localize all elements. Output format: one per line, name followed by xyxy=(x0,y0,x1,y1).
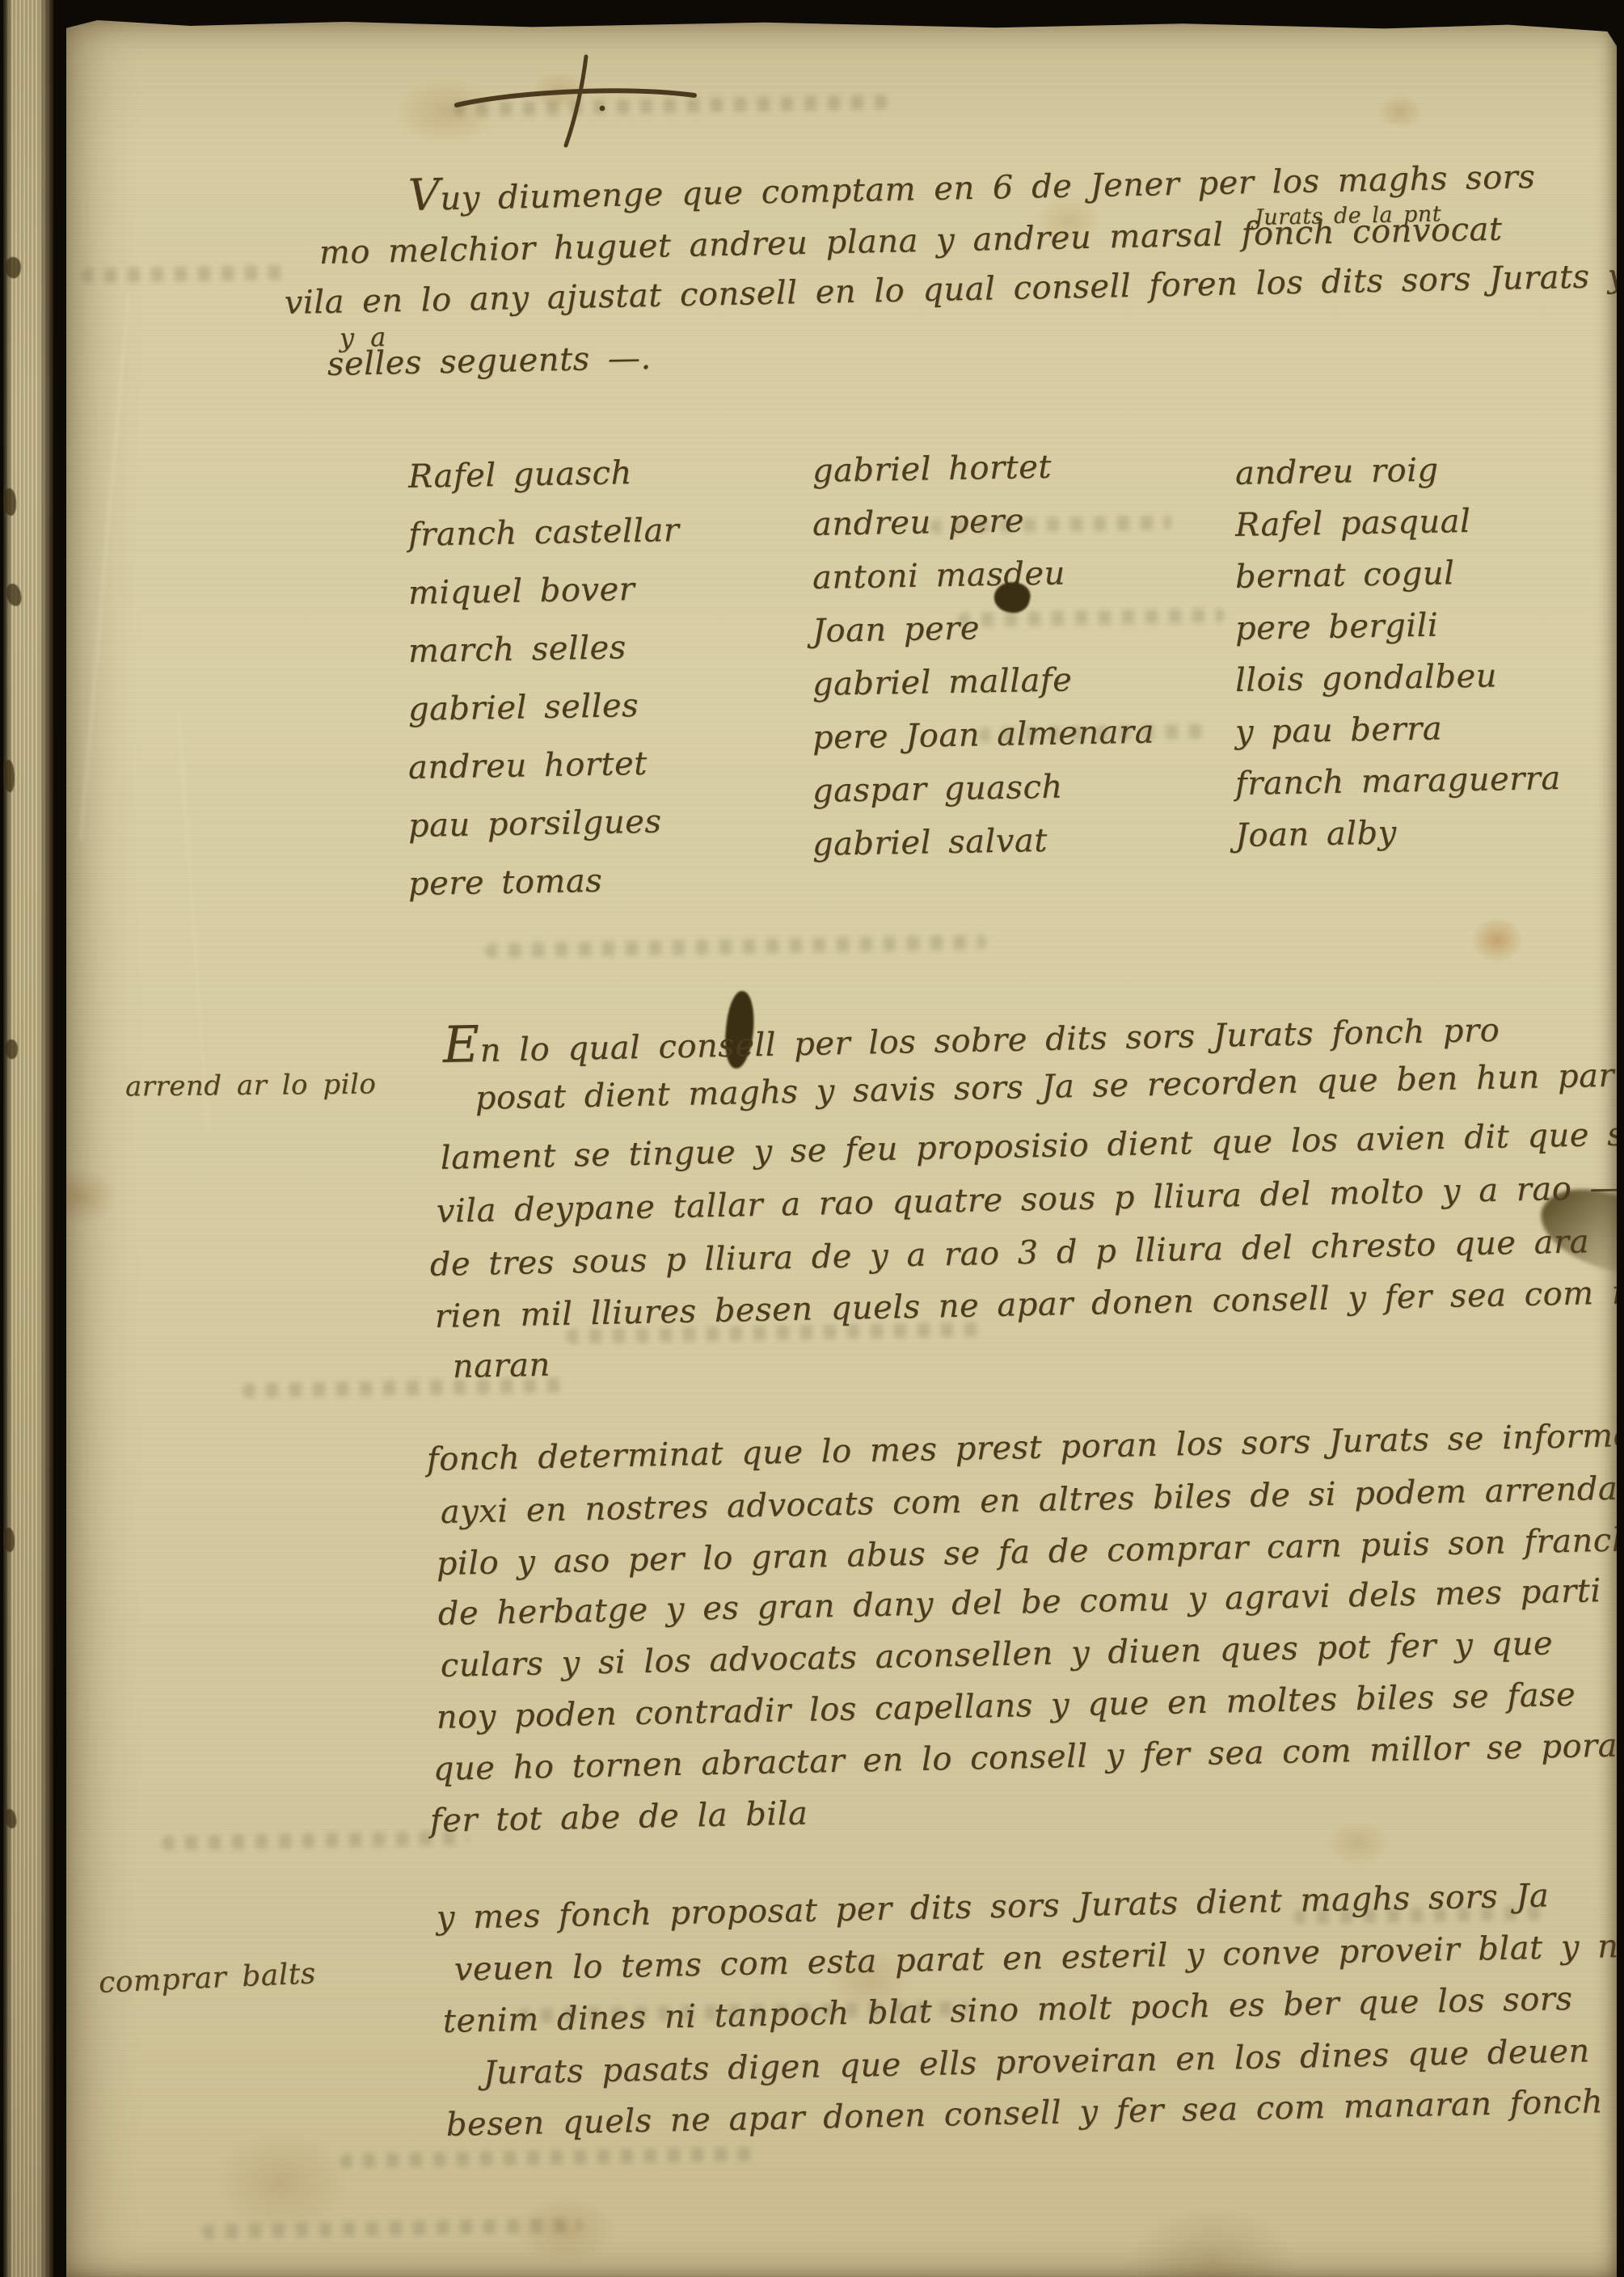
manuscript-line: de herbatge y es gran dany del be comu y… xyxy=(437,1574,1601,1631)
cutoff-ink-mark xyxy=(5,583,23,607)
manuscript-line: tenim dines ni tanpoch blat sino molt po… xyxy=(442,1982,1572,2039)
bleedthrough-texture xyxy=(485,935,986,959)
council-names-column-3: andreu roig Rafel pasqual bernat cogul p… xyxy=(1235,458,1561,871)
cutoff-ink-mark xyxy=(3,1528,15,1552)
council-member-name: Joan pere xyxy=(812,609,1155,647)
photograph-backdrop: { "folio_number": "345", "cross_mark": "… xyxy=(0,0,1624,2277)
council-member-name: pere tomas xyxy=(408,863,680,900)
manuscript-line: rien mil lliures besen quels ne apar don… xyxy=(434,1276,1624,1334)
council-member-name: antoni masdeu xyxy=(812,556,1155,594)
manuscript-line: fonch determinat que lo mes prest poran … xyxy=(426,1419,1624,1477)
manuscript-line: Jurats pasats digen que ells proveiran e… xyxy=(483,2035,1590,2090)
cutoff-ink-mark xyxy=(3,760,15,792)
council-member-name: andreu pere xyxy=(812,503,1155,541)
council-member-name: gabriel selles xyxy=(408,689,680,726)
council-member-name: gabriel hortet xyxy=(812,449,1155,487)
book-fore-edge xyxy=(3,0,53,2277)
manuscript-line: veuen lo tems com esta parat en esteril … xyxy=(453,1929,1624,1987)
manuscript-line: besen quels ne apar donen consell y fer … xyxy=(445,2085,1603,2142)
manuscript-line: culars y si los advocats aconsellen y di… xyxy=(440,1626,1553,1683)
bleedthrough-texture xyxy=(202,2218,582,2239)
council-member-name: march selles xyxy=(408,630,680,668)
manuscript-line: vila deypane tallar a rao quatre sous p … xyxy=(436,1171,1622,1229)
manuscript-line: pilo y aso per lo gran abus se fa de com… xyxy=(436,1523,1624,1581)
manuscript-line: ayxi en nostres advocats com en altres b… xyxy=(440,1470,1624,1529)
paper-crease xyxy=(79,292,129,840)
council-member-name: Rafel pasqual xyxy=(1235,504,1561,542)
council-member-name: y pau berra xyxy=(1235,711,1561,748)
cutoff-ink-mark xyxy=(3,255,23,279)
manuscript-line: selles seguents —. xyxy=(327,341,651,382)
paper-crease xyxy=(178,712,209,1132)
margin-note-comprar-blats: comprar balts xyxy=(98,1959,316,1998)
manuscript-page: 345 Vuy diumenge que comptam en 6 de Jen… xyxy=(66,15,1617,2277)
manuscript-line: En lo qual consell per los sobre dits so… xyxy=(442,997,1500,1071)
cutoff-ink-mark xyxy=(4,1039,19,1060)
council-member-name: andreu hortet xyxy=(408,747,680,784)
council-member-name: gaspar guasch xyxy=(812,770,1155,807)
manuscript-line: posat dient maghs y savis sors Ja se rec… xyxy=(475,1059,1614,1115)
manuscript-line: naran xyxy=(452,1348,550,1384)
council-member-name: pau porsilgues xyxy=(408,805,680,842)
manuscript-line: noy poden contradir los capellans y que … xyxy=(436,1678,1575,1735)
manuscript-line: y mes fonch proposat per dits sors Jurat… xyxy=(436,1879,1549,1935)
manuscript-line: mo melchior huguet andreu plana y andreu… xyxy=(318,213,1502,270)
manuscript-line: lament se tingue y se feu proposisio die… xyxy=(440,1116,1624,1175)
cutoff-ink-mark xyxy=(4,1808,17,1828)
council-member-name: gabriel salvat xyxy=(812,823,1155,861)
council-member-name: gabriel mallafe xyxy=(812,663,1155,701)
cutoff-ink-mark xyxy=(3,488,16,516)
bleedthrough-texture xyxy=(81,265,291,284)
council-member-name: Joan alby xyxy=(1235,814,1561,852)
council-member-name: bernat cogul xyxy=(1235,555,1561,593)
council-names-column-2: gabriel hortet andreu pere antoni masdeu… xyxy=(812,455,1154,882)
council-member-name: Rafel guasch xyxy=(408,456,680,493)
margin-note-arrendar-lo-pilo: arrend ar lo pilo xyxy=(125,1070,377,1100)
manuscript-line: de tres sous p lliura de y a rao 3 d p l… xyxy=(429,1225,1589,1282)
council-member-name: franch castellar xyxy=(408,514,680,551)
council-member-name: andreu roig xyxy=(1235,452,1561,490)
council-member-name: llois gondalbeu xyxy=(1235,659,1561,697)
council-member-name: pere Joan almenara xyxy=(812,716,1155,754)
bleedthrough-texture xyxy=(162,1831,469,1851)
council-names-column-1: Rafel guasch franch castellar miquel bov… xyxy=(408,461,680,926)
manuscript-line: que ho tornen abractar en lo consell y f… xyxy=(432,1729,1618,1786)
council-member-name: franch maraguerra xyxy=(1235,762,1561,800)
council-member-name: pere bergili xyxy=(1235,607,1561,645)
invocation-cross-icon xyxy=(434,52,709,153)
council-member-name: miquel bover xyxy=(408,572,680,609)
manuscript-line: fer tot abe de la bila xyxy=(429,1797,808,1838)
bleedthrough-texture xyxy=(340,2146,760,2168)
